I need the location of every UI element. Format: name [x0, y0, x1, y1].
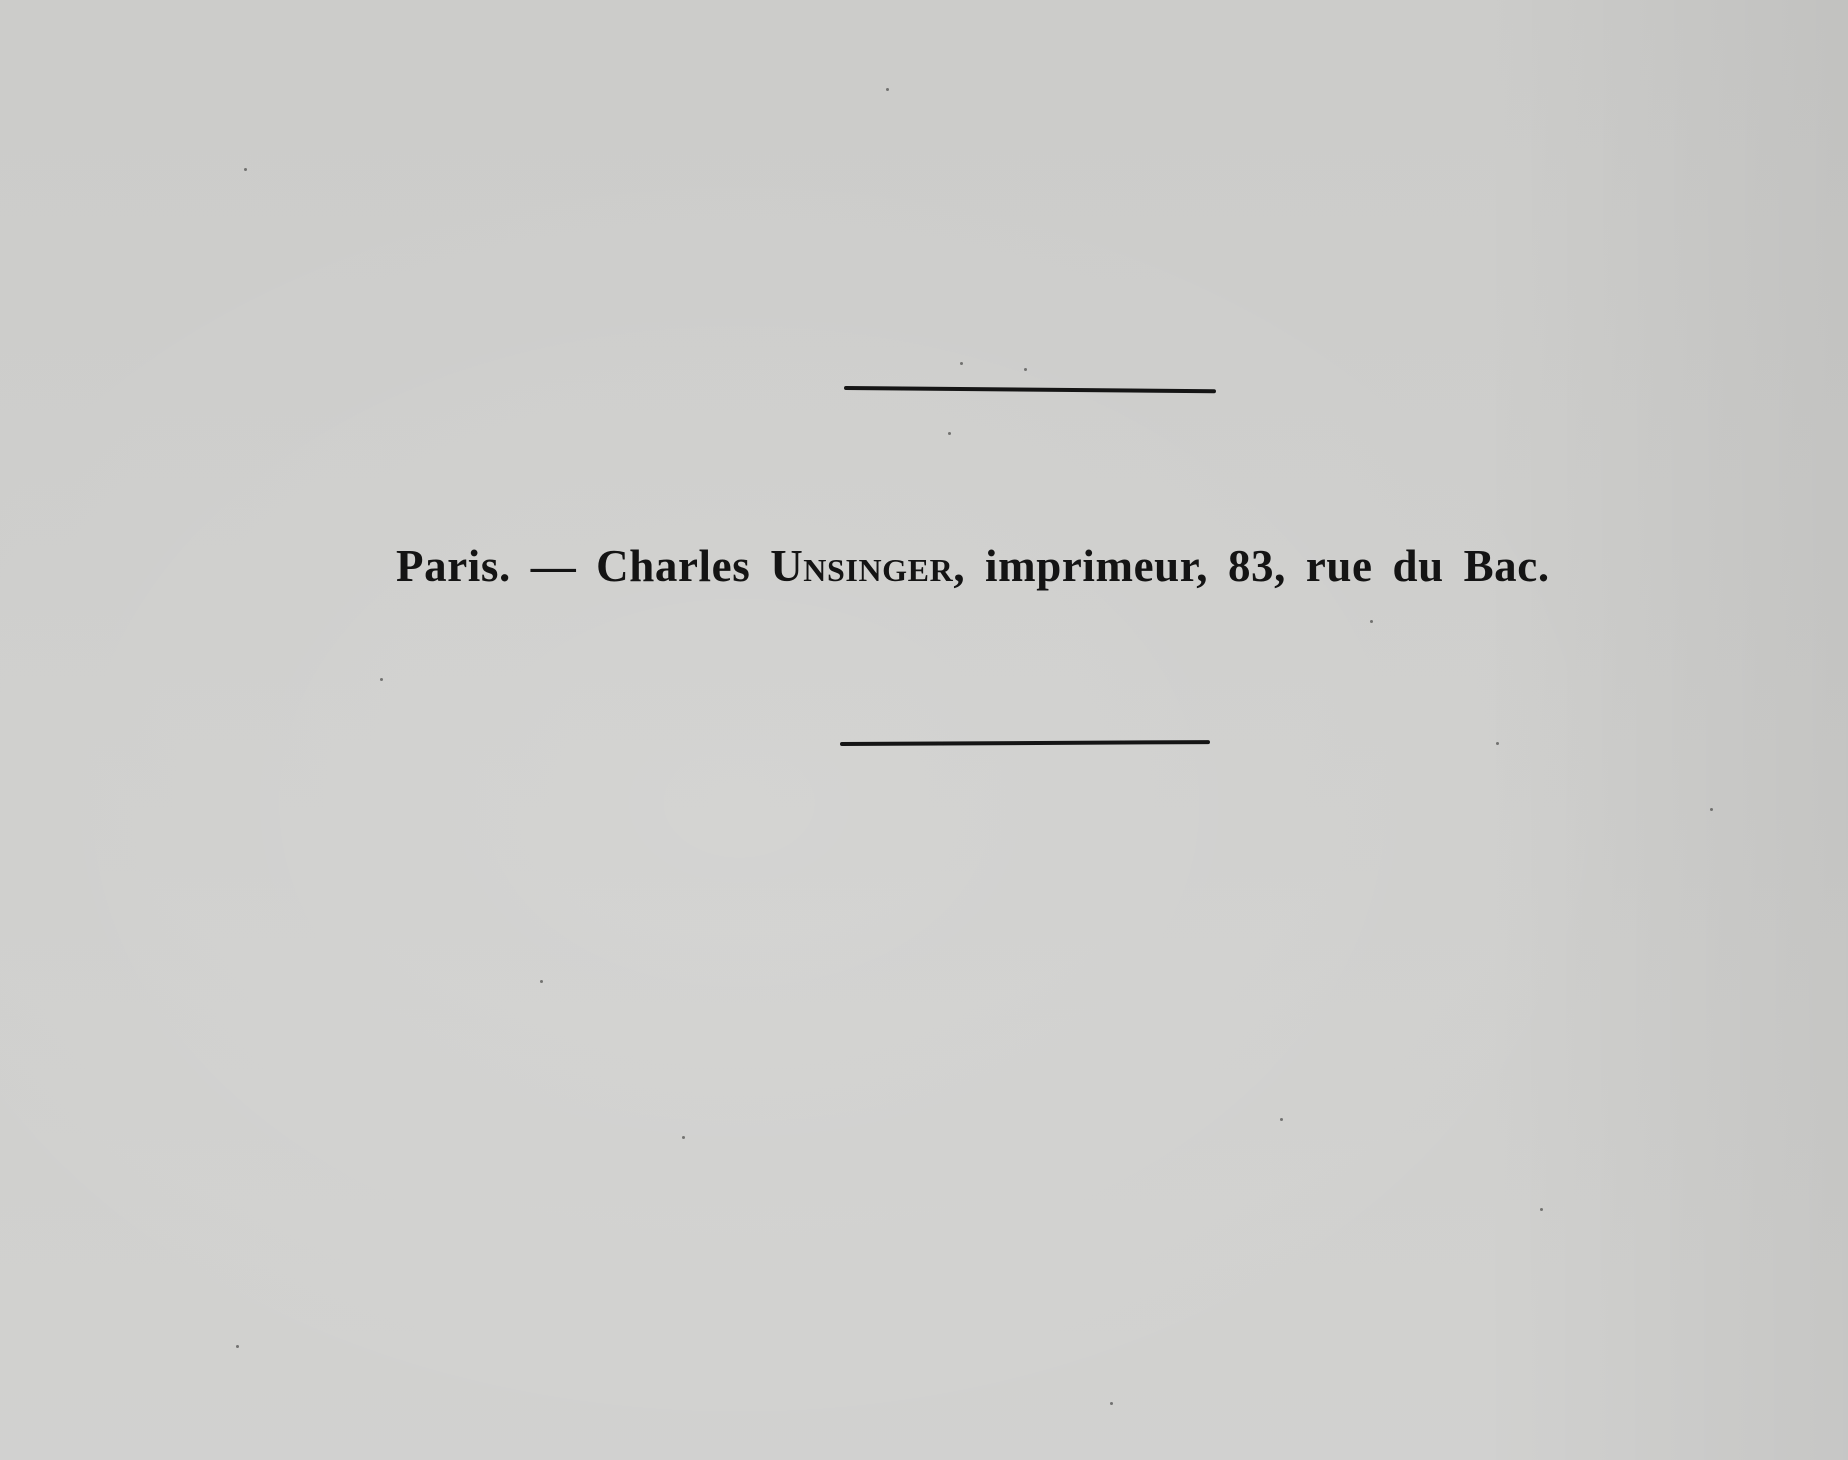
paper-speck — [682, 1136, 685, 1139]
top-horizontal-rule — [844, 386, 1216, 393]
printed-page: Paris. — Charles Unsinger, imprimeur, 83… — [0, 0, 1848, 1460]
paper-speck — [1110, 1402, 1113, 1405]
imprint-dash: — — [531, 541, 577, 591]
paper-speck — [1024, 368, 1027, 371]
imprint-printer-last-name: Unsinger — [770, 541, 953, 591]
paper-speck — [886, 88, 889, 91]
paper-speck — [244, 168, 247, 171]
paper-speck — [960, 362, 963, 365]
imprint-city: Paris. — [396, 541, 511, 591]
paper-speck — [236, 1345, 239, 1348]
bottom-horizontal-rule — [840, 740, 1210, 746]
imprint-printer-first-name: Charles — [596, 541, 750, 591]
paper-speck — [1370, 620, 1373, 623]
paper-speck — [948, 432, 951, 435]
paper-speck — [1540, 1208, 1543, 1211]
paper-speck — [1496, 742, 1499, 745]
paper-speck — [1280, 1118, 1283, 1121]
paper-speck — [380, 678, 383, 681]
printer-imprint-line: Paris. — Charles Unsinger, imprimeur, 83… — [396, 536, 1616, 596]
imprint-address: , imprimeur, 83, rue du Bac. — [953, 541, 1549, 591]
paper-speck — [1710, 808, 1713, 811]
paper-speck — [540, 980, 543, 983]
